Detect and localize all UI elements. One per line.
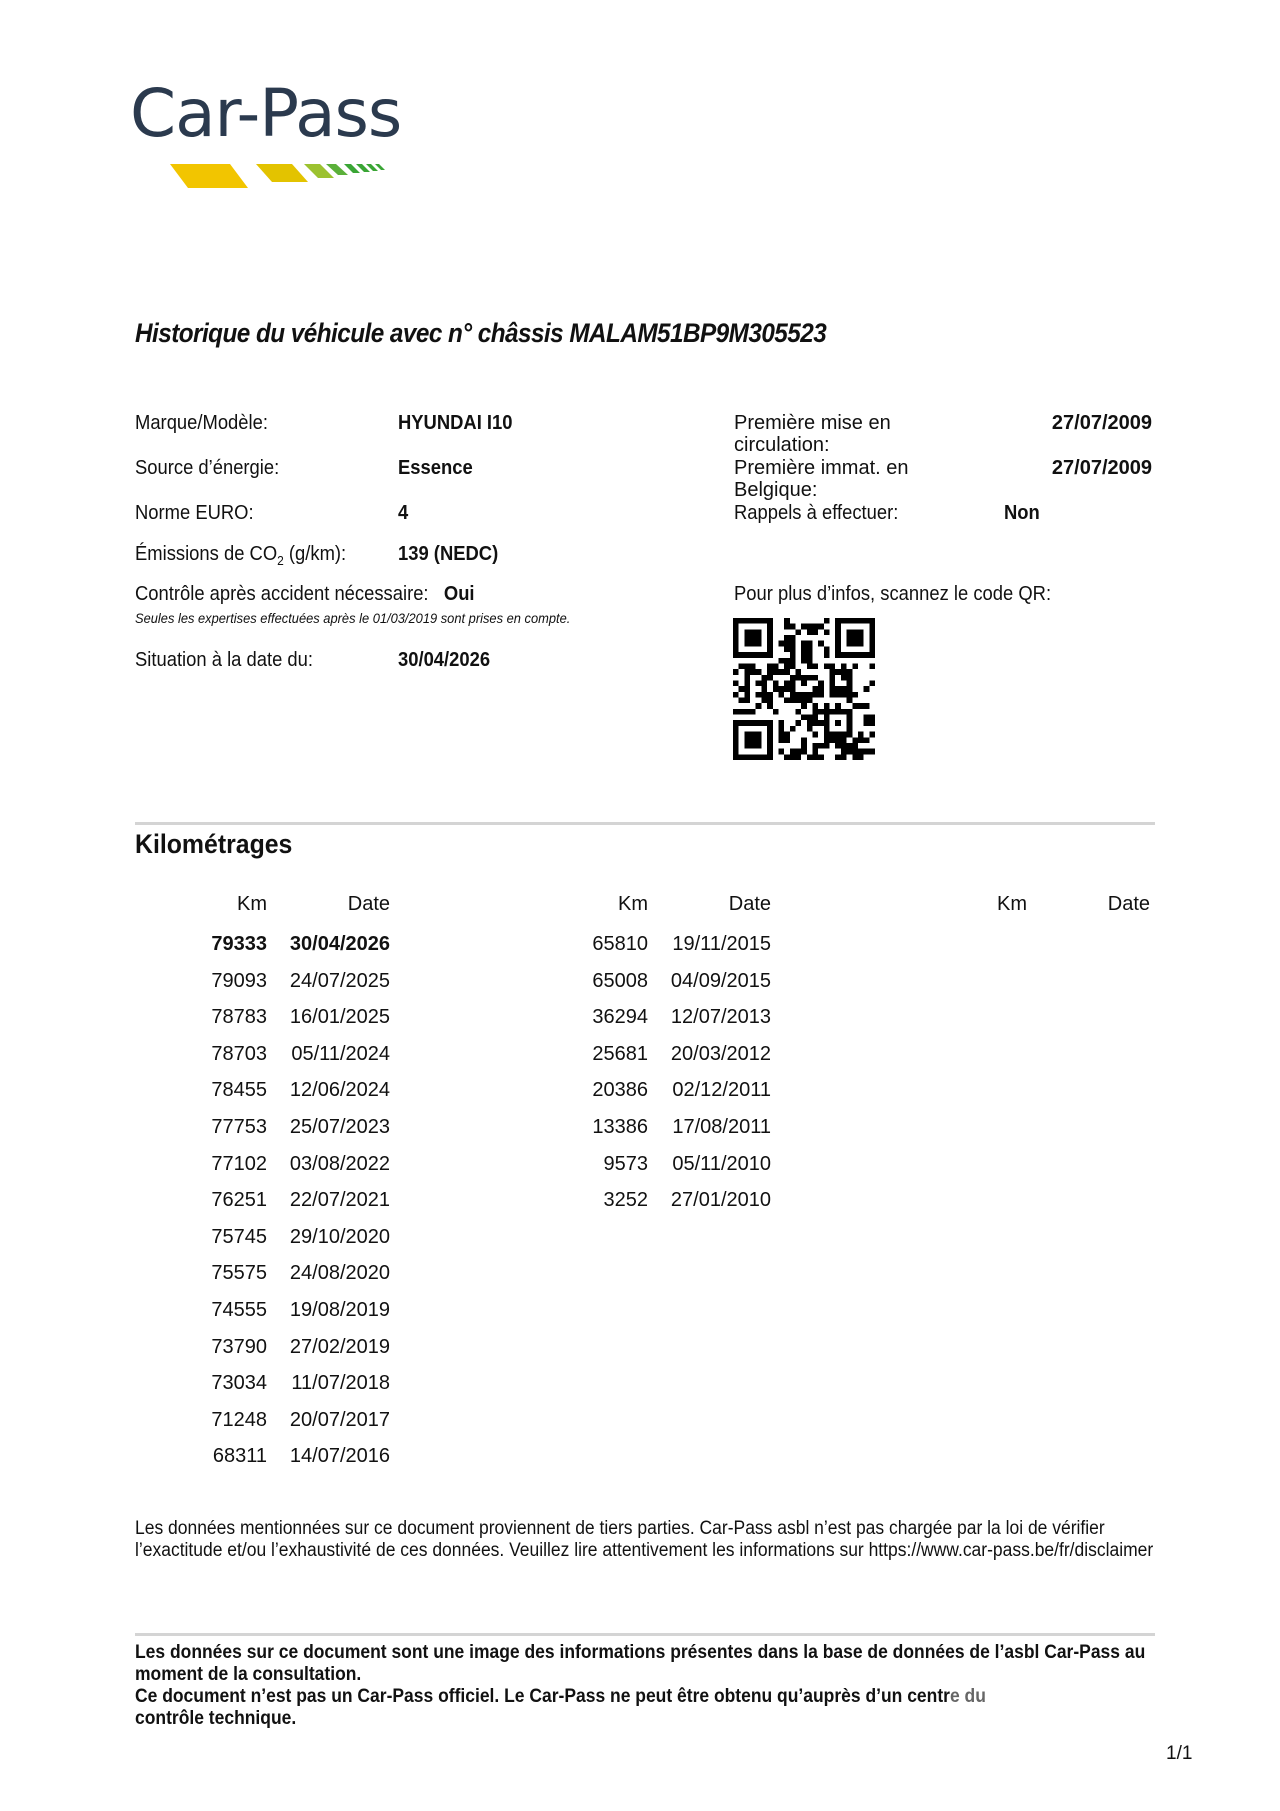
euro-norm-value: 4	[398, 502, 408, 525]
first-registration-belgium-label: Première immat. en Belgique:	[734, 457, 934, 501]
car-pass-logo-text: Car-Pass	[130, 78, 401, 150]
km-value: 71248	[211, 1409, 267, 1432]
mileage-row: 7303411/07/2018	[0, 1372, 1280, 1409]
energy-source-value: Essence	[398, 457, 473, 480]
mileage-row: 7124820/07/2017	[0, 1409, 1280, 1446]
first-registration-belgium-value: 27/07/2009	[952, 457, 1152, 480]
mileage-column-2: KmDate6581019/11/20156500804/09/20153629…	[0, 893, 1280, 1226]
accident-check-label: Contrôle après accident nécessaire:	[135, 583, 429, 605]
mileage-row: 6500804/09/2015	[0, 970, 1280, 1007]
mileage-row: 325227/01/2010	[0, 1189, 1280, 1226]
mileage-row: 3629412/07/2013	[0, 1006, 1280, 1043]
mileage-row: 1338617/08/2011	[0, 1116, 1280, 1153]
km-value: 25681	[592, 1043, 648, 1066]
first-registration-label: Première mise en circulation:	[734, 412, 934, 456]
mileage-row: 7574529/10/2020	[0, 1226, 1280, 1263]
footer-note: Les données sur ce document sont une ima…	[135, 1642, 1165, 1730]
co2-emissions-value: 139 (NEDC)	[398, 543, 498, 566]
brand-model-label: Marque/Modèle:	[135, 412, 268, 435]
date-value: 20/03/2012	[671, 1043, 771, 1066]
date-value: 24/08/2020	[290, 1262, 390, 1285]
date-value: 19/11/2015	[672, 933, 771, 956]
first-registration-value: 27/07/2009	[952, 412, 1152, 435]
energy-source-label: Source d’énergie:	[135, 457, 279, 480]
km-header: Km	[997, 893, 1027, 916]
date-value: 05/11/2010	[672, 1153, 771, 1176]
km-value: 73034	[211, 1372, 267, 1395]
brand-model-value: HYUNDAI I10	[398, 412, 513, 435]
date-value: 14/07/2016	[290, 1445, 390, 1468]
car-pass-logo-stripes-icon	[170, 160, 400, 192]
km-value: 65008	[592, 970, 648, 993]
mileage-row: 7455519/08/2019	[0, 1299, 1280, 1336]
km-value: 75745	[211, 1226, 267, 1249]
km-value: 75575	[211, 1262, 267, 1285]
accident-check-note: Seules les expertises effectuées après l…	[135, 610, 570, 626]
km-value: 20386	[592, 1079, 648, 1102]
date-value: 27/01/2010	[671, 1189, 771, 1212]
co2-emissions-label: Émissions de CO2 (g/km):	[135, 543, 346, 568]
mileage-row: 2568120/03/2012	[0, 1043, 1280, 1080]
date-value: 17/08/2011	[672, 1116, 771, 1139]
disclaimer-text: Les données mentionnées sur ce document …	[135, 1518, 1165, 1562]
date-header: Date	[1108, 893, 1150, 916]
qr-code-icon[interactable]	[733, 618, 875, 760]
date-value: 02/12/2011	[672, 1079, 771, 1102]
km-value: 9573	[604, 1153, 649, 1176]
km-value: 13386	[592, 1116, 648, 1139]
mileage-row: 7379027/02/2019	[0, 1336, 1280, 1373]
page-number: 1/1	[1166, 1743, 1192, 1765]
recalls-value: Non	[1004, 502, 1040, 525]
mileage-section-title: Kilométrages	[135, 829, 292, 860]
date-value: 20/07/2017	[290, 1409, 390, 1432]
mileage-column-3: KmDate	[0, 893, 1280, 933]
date-value: 29/10/2020	[290, 1226, 390, 1249]
mileage-row: 6831114/07/2016	[0, 1445, 1280, 1482]
page-title: Historique du véhicule avec n° châssis M…	[135, 318, 826, 349]
date-value: 27/02/2019	[290, 1336, 390, 1359]
date-value: 04/09/2015	[671, 970, 771, 993]
qr-label: Pour plus d’infos, scannez le code QR:	[734, 583, 1051, 606]
km-value: 65810	[592, 933, 648, 956]
mileage-header-row: KmDate	[0, 893, 1280, 933]
euro-norm-label: Norme EURO:	[135, 502, 254, 525]
date-value: 19/08/2019	[290, 1299, 390, 1322]
date-value: 11/07/2018	[291, 1372, 390, 1395]
mileage-row: 2038602/12/2011	[0, 1079, 1280, 1116]
section-divider	[135, 822, 1155, 825]
accident-check-value: Oui	[444, 583, 475, 605]
date-value: 12/07/2013	[671, 1006, 771, 1029]
mileage-row: 957305/11/2010	[0, 1153, 1280, 1190]
km-value: 36294	[592, 1006, 648, 1029]
footer-divider	[135, 1633, 1155, 1636]
situation-date-label: Situation à la date du:	[135, 649, 313, 672]
km-value: 3252	[604, 1189, 649, 1212]
km-value: 68311	[213, 1445, 267, 1468]
km-value: 73790	[211, 1336, 267, 1359]
accident-check-row: Contrôle après accident nécessaire: Oui	[135, 583, 475, 606]
recalls-label: Rappels à effectuer:	[734, 502, 898, 525]
mileage-row: 6581019/11/2015	[0, 933, 1280, 970]
km-value: 74555	[211, 1299, 267, 1322]
mileage-row: 7557524/08/2020	[0, 1262, 1280, 1299]
situation-date-value: 30/04/2026	[398, 649, 490, 672]
